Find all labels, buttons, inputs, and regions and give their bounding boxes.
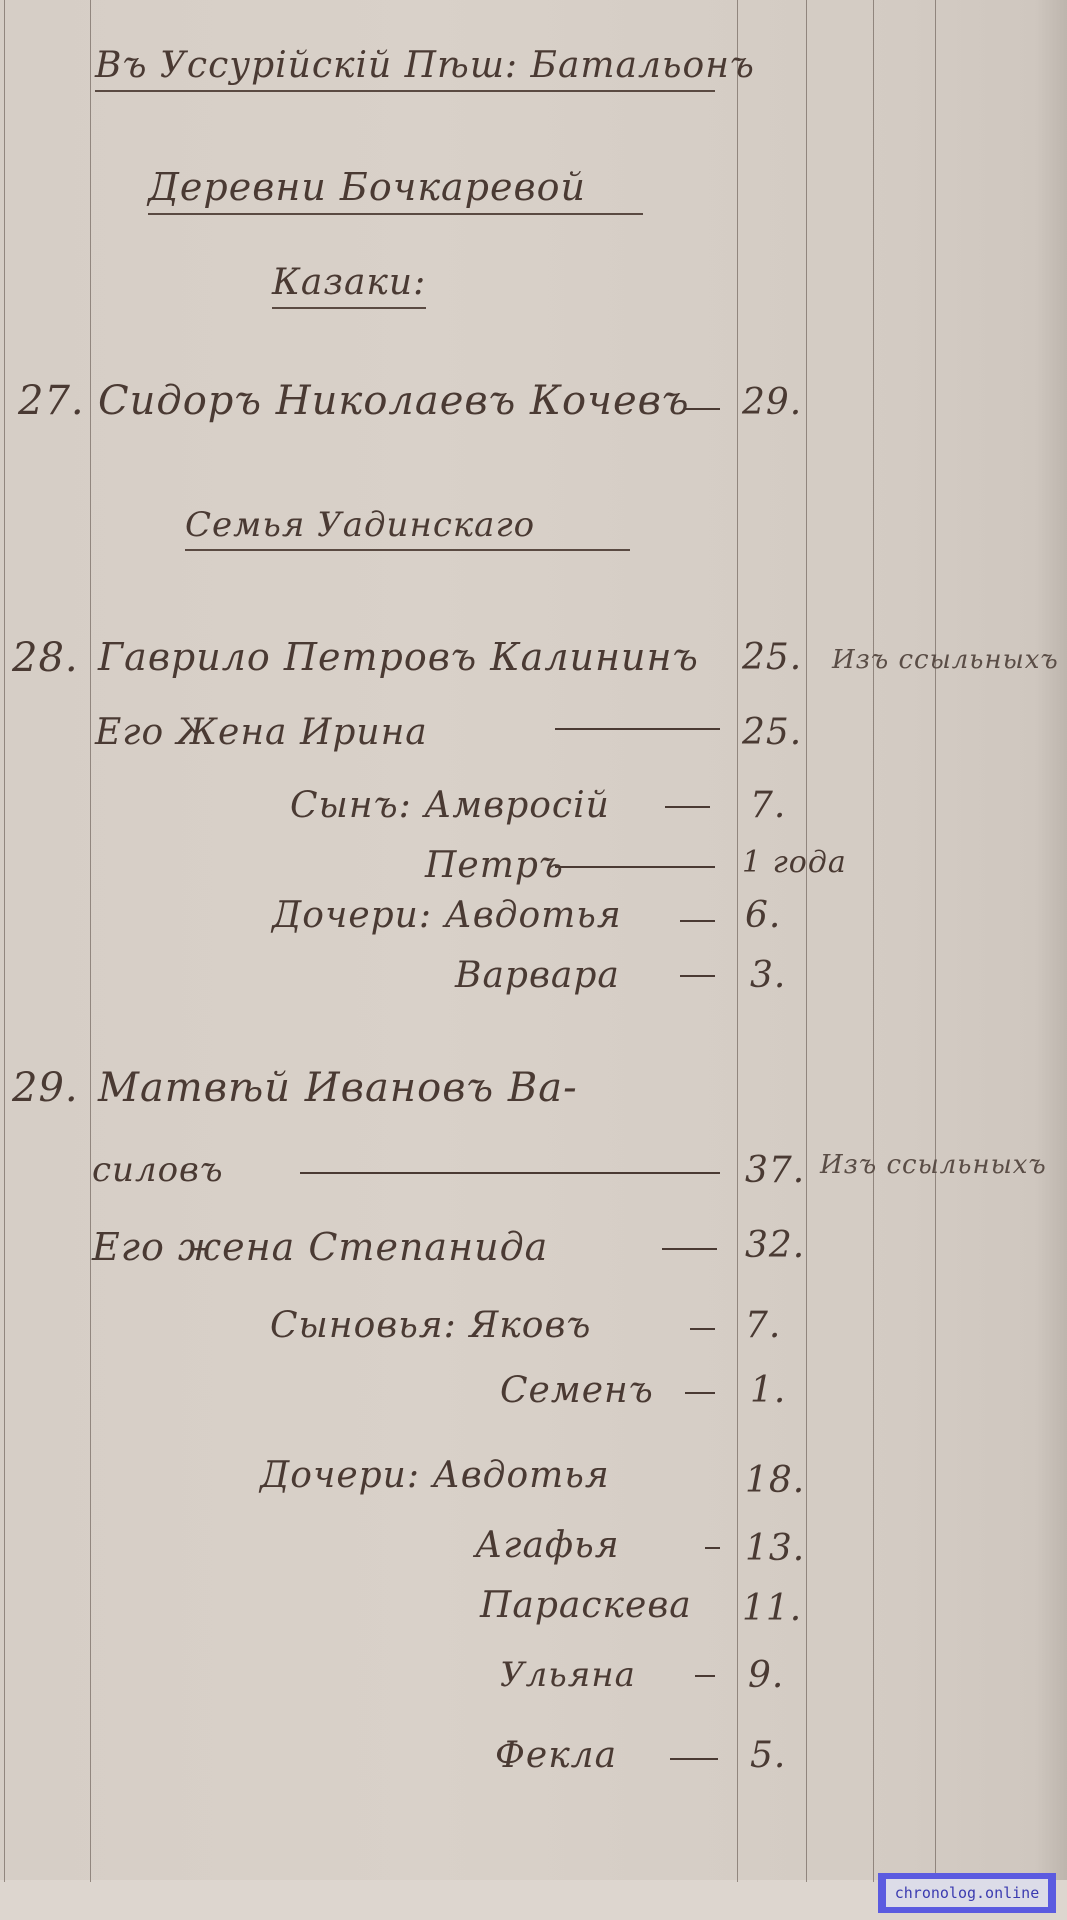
dash <box>685 1392 715 1394</box>
entry-daughter: Ульяна <box>500 1655 636 1695</box>
entry-daughter: Дочери: Авдотья <box>260 1455 610 1496</box>
entry-age: 6. <box>745 895 781 936</box>
entry-son: Петръ <box>425 845 564 886</box>
entry-daughter: Параскева <box>480 1585 692 1626</box>
watermark-badge: chronolog.online <box>878 1873 1056 1913</box>
entry-name: Матвѣй Ивановъ Ва- <box>98 1065 578 1111</box>
entry-age: 25. <box>742 637 802 678</box>
entry-name: Сидоръ Николаевъ Кочевъ <box>98 378 690 424</box>
entry-daughter: Фекла <box>495 1735 617 1776</box>
entry-daughter: Дочери: Авдотья <box>272 895 622 936</box>
dash <box>680 920 715 922</box>
dash <box>680 975 715 977</box>
header-battalion: Въ Уссурійскій Пѣш: Батальонъ <box>95 45 715 92</box>
number-margin-rule <box>90 0 91 1882</box>
entry-age: 25. <box>742 712 802 753</box>
entry-age: 3. <box>750 955 786 996</box>
entry-age: 7. <box>750 785 786 826</box>
dash <box>690 1328 715 1330</box>
entry-age: 7. <box>745 1305 781 1346</box>
dash <box>685 408 720 410</box>
entry-son: Семенъ <box>500 1370 654 1411</box>
entry-number: 27. <box>18 378 85 424</box>
entry-age: 29. <box>742 382 802 423</box>
dash <box>555 866 715 868</box>
age-column-rule <box>737 0 738 1882</box>
entry-age: 9. <box>748 1655 784 1696</box>
entry-age: 1 года <box>742 845 847 880</box>
entry-note: Изъ ссыльныхъ <box>820 1150 1047 1180</box>
entry-wife: Его Жена Ирина <box>95 712 428 753</box>
entry-age: 37. <box>745 1150 805 1191</box>
dash <box>665 806 710 808</box>
header-cossacks: Казаки: <box>272 262 426 309</box>
watermark-text: chronolog.online <box>886 1879 1048 1907</box>
entry-age: 32. <box>745 1225 805 1266</box>
header-village: Деревни Бочкаревой <box>148 165 643 215</box>
entry-age: 11. <box>742 1588 802 1629</box>
entry-daughter: Агафья <box>475 1525 620 1566</box>
entry-age: 5. <box>750 1735 786 1776</box>
left-edge-rule <box>4 0 5 1882</box>
entry-wife: Его жена Степанида <box>92 1225 548 1269</box>
entry-number: 28. <box>12 635 79 681</box>
entry-name: Гаврило Петровъ Калининъ <box>98 635 699 679</box>
dash <box>662 1248 717 1250</box>
entry-age: 18. <box>745 1460 805 1501</box>
entry-number: 29. <box>12 1065 79 1111</box>
dash <box>555 728 720 730</box>
entry-name-cont: силовъ <box>92 1150 224 1190</box>
entry-age: 13. <box>745 1528 805 1569</box>
entry-daughter: Варвара <box>455 955 620 996</box>
dash <box>695 1675 715 1677</box>
column-rule-2 <box>806 0 807 1882</box>
manuscript-page: Въ Уссурійскій Пѣш: Батальонъ Деревни Бо… <box>0 0 1067 1920</box>
entry-son: Сыновья: Яковъ <box>270 1305 591 1346</box>
family-heading: Семья Уадинскаго <box>185 505 630 551</box>
entry-note: Изъ ссыльныхъ <box>832 645 1059 675</box>
dash <box>670 1758 718 1760</box>
entry-age: 1. <box>750 1370 786 1411</box>
column-rule-3 <box>873 0 874 1882</box>
dash <box>300 1172 720 1174</box>
dash <box>705 1547 720 1549</box>
entry-son: Сынъ: Амвросій <box>290 785 610 826</box>
column-rule-4 <box>935 0 936 1882</box>
